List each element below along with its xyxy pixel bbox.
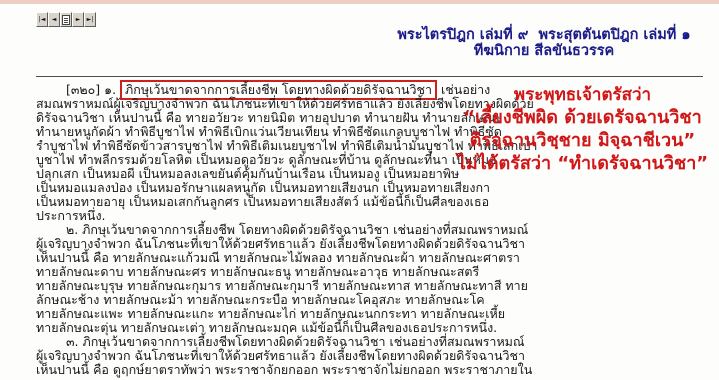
previous-page-button[interactable]: ◄ xyxy=(48,12,60,27)
first-page-button[interactable]: |◄ xyxy=(36,12,48,27)
paragraph-3: ๓. ภิกษุเว้นขาดจากการเลี้ยงชีพโดยทางผิดด… xyxy=(36,335,478,377)
doc-line: เห็นปานนี้ คือ ทายลักษณะแก้วมณี ทายลักษณ… xyxy=(36,251,478,265)
doc-line: ประการหนึ่ง. xyxy=(36,209,478,223)
doc-line: ผู้เจริญบางจำพวก ฉันโภชนะที่เขาให้ด้วยศร… xyxy=(36,349,478,363)
scripture-text: [๓๒๐] ๑. ภิกษุเว้นขาดจากการเลี้ยงชีพ โดย… xyxy=(36,83,478,377)
header-divider xyxy=(36,76,703,77)
doc-line: ดิรัจฉานวิชา เห็นปานนี้ คือ ทายอวัยวะ ทา… xyxy=(36,111,478,125)
doc-line: ทายลักษณะบุรุษ ทายลักษณะกุมาร ทายลักษณะก… xyxy=(36,279,478,293)
doc-line: ๒. ภิกษุเว้นขาดจากการเลี้ยงชีพ โดยทางผิด… xyxy=(36,223,478,237)
doc-line: เห็นปานนี้ คือ ดูฤกษ์ยาตราทัพว่า พระราชา… xyxy=(36,363,478,377)
doc-line: ทายลักษณะดาบ ทายลักษณะศร ทายลักษณะธนู ทา… xyxy=(36,265,478,279)
page-title-line2: ทีฆนิกาย สีลขันธวรรค xyxy=(372,43,716,59)
annotation-line3: ติรจฺฉานวิชฺชาย มิจฺฉาชีเวน” xyxy=(446,129,719,152)
doc-line: บูชาไฟ ทำพลีกรรมด้วยโลหิต เป็นหมอดูอวัยว… xyxy=(36,153,478,167)
handwritten-annotation: พระพุทธเจ้าตรัสว่า “เลี้ยงชีพผิด ด้วยเดร… xyxy=(446,85,719,175)
tripitaka-reader-window: |◄ ◄ ► ►| พระไตรปิฎก เล่มที่ ๙ พระสุตตัน… xyxy=(0,0,719,380)
page-title-line1: พระไตรปิฎก เล่มที่ ๙ พระสุตตันตปิฎก เล่ม… xyxy=(372,27,716,43)
doc-line: [๓๒๐] ๑. ภิกษุเว้นขาดจากการเลี้ยงชีพ โดย… xyxy=(36,83,478,97)
doc-line: เป็นหมอแมลงป่อง เป็นหมอรักษาแผลหนูกัด เป… xyxy=(36,181,478,195)
contents-button[interactable] xyxy=(60,12,72,27)
doc-line: ผู้เจริญบางจำพวก ฉันโภชนะที่เขาให้ด้วยศร… xyxy=(36,237,478,251)
doc-line: รำบูชาไฟ ทำพิธีซัดข้าวสารบูชาไฟ ทำพิธีเต… xyxy=(36,139,478,153)
paragraph-1: [๓๒๐] ๑. ภิกษุเว้นขาดจากการเลี้ยงชีพ โดย… xyxy=(36,83,478,223)
doc-line: ทายลักษณะแพะ ทายลักษณะแกะ ทายลักษณะไก่ ท… xyxy=(36,307,478,321)
section-number: [๓๒๐] ๑. xyxy=(66,82,120,97)
doc-line: ทำนายหนูกัดผ้า ทำพิธีบูชาไฟ ทำพิธีเบิกแว… xyxy=(36,125,478,139)
last-page-button[interactable]: ►| xyxy=(84,12,96,27)
paragraph-2: ๒. ภิกษุเว้นขาดจากการเลี้ยงชีพ โดยทางผิด… xyxy=(36,223,478,335)
page-title: พระไตรปิฎก เล่มที่ ๙ พระสุตตันตปิฎก เล่ม… xyxy=(372,27,716,59)
doc-line: ๓. ภิกษุเว้นขาดจากการเลี้ยงชีพโดยทางผิดด… xyxy=(36,335,478,349)
annotation-line1: พระพุทธเจ้าตรัสว่า xyxy=(446,85,719,106)
doc-line: เป็นหมอทายอายุ เป็นหมอเสกกันลูกศร เป็นหม… xyxy=(36,195,478,209)
annotation-line2: “เลี้ยงชีพผิด ด้วยเดรัจฉานวิชา xyxy=(446,106,719,129)
doc-line: ทายลักษณะตุ่น ทายลักษณะเต่า ทายลักษณะมฤค… xyxy=(36,321,478,335)
next-page-button[interactable]: ► xyxy=(72,12,84,27)
doc-line: สมณพราหมณ์ผู้เจริญบางจำพวก ฉันโภชนะที่เข… xyxy=(36,97,478,111)
window-top-strip xyxy=(0,0,719,4)
annotation-line4: ไม่ได้ตรัสว่า “ทำเดรัจฉานวิชา” xyxy=(446,152,719,175)
document-icon xyxy=(62,15,70,25)
doc-line: ปลุกเสก เป็นหมอผี เป็นหมอลงเลขยันต์คุ้มก… xyxy=(36,167,478,181)
page-navigation-toolbar: |◄ ◄ ► ►| xyxy=(36,12,96,27)
doc-line: ลักษณะช้าง ทายลักษณะม้า ทายลักษณะกระบือ … xyxy=(36,293,478,307)
